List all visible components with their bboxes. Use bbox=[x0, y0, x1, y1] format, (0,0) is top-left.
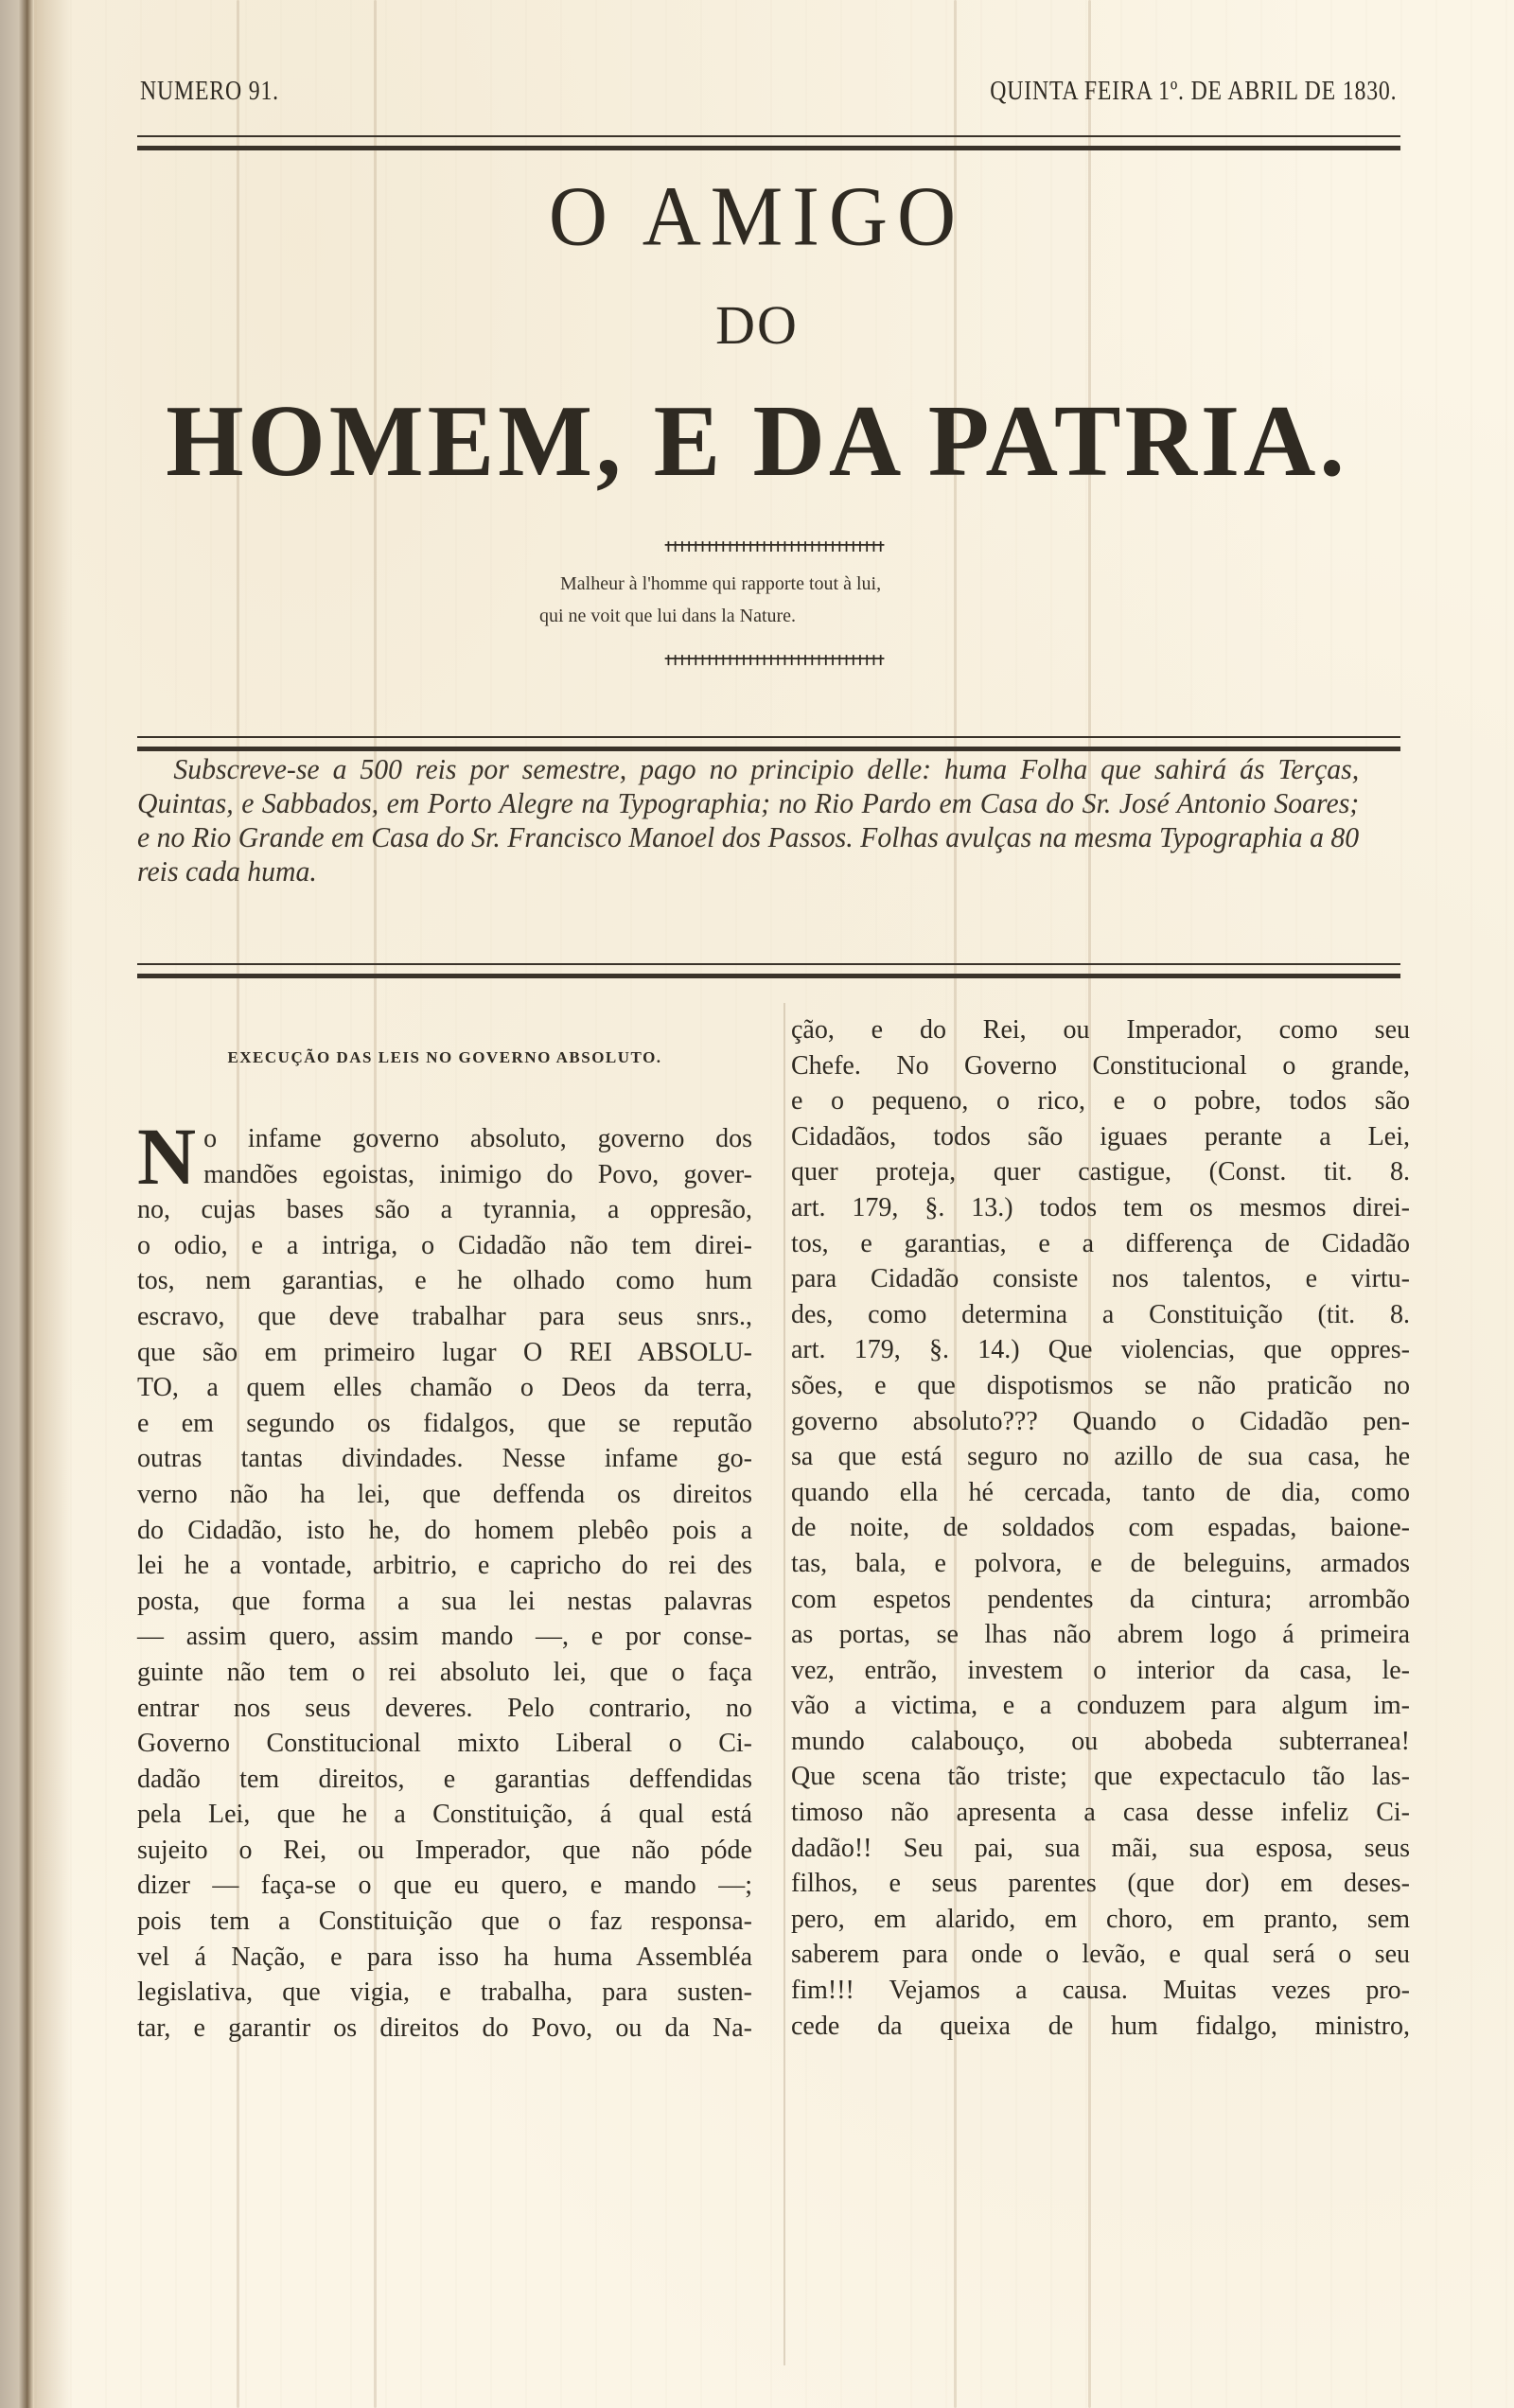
epigraph-line-2: qui ne voit que lui dans la Nature. bbox=[539, 600, 1031, 632]
text-line: verno não ha lei, que deffenda os direit… bbox=[137, 1477, 752, 1513]
text-line: o odio, e a intriga, o Cidadão não tem d… bbox=[137, 1228, 752, 1264]
masthead-rule bbox=[137, 135, 1400, 150]
section-rule-bottom bbox=[137, 963, 1400, 978]
column-divider bbox=[783, 1003, 785, 2365]
issue-number: NUMERO 91. bbox=[140, 76, 279, 107]
text-line: pero, em alarido, em choro, em pranto, s… bbox=[791, 1902, 1410, 1938]
text-line: escravo, que deve trabalhar para seus sn… bbox=[137, 1299, 752, 1335]
text-line: TO, a quem elles chamão o Deos da terra, bbox=[137, 1370, 752, 1406]
text-line: tas, bala, e polvora, e de beleguins, ar… bbox=[791, 1546, 1410, 1582]
masthead-info: NUMERO 91. QUINTA FEIRA 1º. DE ABRIL DE … bbox=[140, 76, 1172, 107]
text-line: fim!!! Vejamos a causa. Muitas vezes pro… bbox=[791, 1973, 1410, 2009]
text-line: entrar nos seus deveres. Pelo contrario,… bbox=[137, 1691, 752, 1727]
text-line: as portas, se lhas não abrem logo á prim… bbox=[791, 1617, 1410, 1653]
drop-cap: N bbox=[137, 1123, 196, 1189]
book-binding-edge bbox=[0, 0, 34, 2408]
epigraph: Malheur à l'homme qui rapporte tout à lu… bbox=[539, 568, 1031, 632]
text-line: vez, entrão, investem o interior da casa… bbox=[791, 1653, 1410, 1689]
text-line: de noite, de soldados com espadas, baion… bbox=[791, 1510, 1410, 1546]
article-headline: EXECUÇÃO DAS LEIS NO GOVERNO ABSOLUTO. bbox=[137, 1048, 752, 1067]
text-line: timoso não apresenta a casa desse infeli… bbox=[791, 1795, 1410, 1831]
text-line: governo absoluto??? Quando o Cidadão pen… bbox=[791, 1404, 1410, 1440]
text-line: tos, e garantias, e a differença de Cida… bbox=[791, 1226, 1410, 1262]
text-line: com espetos pendentes da cintura; arromb… bbox=[791, 1582, 1410, 1618]
text-line: vão a victima, e a conduzem para algum i… bbox=[791, 1688, 1410, 1724]
title-line-2: DO bbox=[0, 293, 1514, 357]
article-column-left: N o infame governo absoluto, governo dos… bbox=[137, 1121, 752, 2046]
text-line: tos, nem garantias, e he olhado como hum bbox=[137, 1263, 752, 1299]
text-line: dadão!! Seu pai, sua mãi, sua esposa, se… bbox=[791, 1831, 1410, 1867]
text-line: mundo calabouço, ou abobeda subterranea! bbox=[791, 1724, 1410, 1760]
text-line: pela Lei, que he a Constituição, á qual … bbox=[137, 1797, 752, 1833]
text-line: mandões egoistas, inimigo do Povo, gover… bbox=[137, 1157, 752, 1193]
text-line: dizer — faça-se o que eu quero, e mando … bbox=[137, 1868, 752, 1904]
text-line: tar, e garantir os direitos do Povo, ou … bbox=[137, 2011, 752, 2047]
text-line: Cidadãos, todos são iguaes perante a Lei… bbox=[791, 1119, 1410, 1155]
text-line: Que scena tão triste; que expectaculo tã… bbox=[791, 1759, 1410, 1795]
text-line: para Cidadão consiste nos talentos, e vi… bbox=[791, 1261, 1410, 1297]
text-line: quer proteja, quer castigue, (Const. tit… bbox=[791, 1154, 1410, 1190]
text-line: legislativa, que vigia, e trabalha, para… bbox=[137, 1975, 752, 2011]
text-line: art. 179, §. 13.) todos tem os mesmos di… bbox=[791, 1190, 1410, 1226]
text-line: sujeito o Rei, ou Imperador, que não pód… bbox=[137, 1833, 752, 1869]
text-line: que são em primeiro lugar O REI ABSOLU- bbox=[137, 1335, 752, 1371]
text-line: e em segundo os fidalgos, que se reputão bbox=[137, 1406, 752, 1442]
text-line: Chefe. No Governo Constitucional o grand… bbox=[791, 1048, 1410, 1084]
text-line: sa que está seguro no azillo de sua casa… bbox=[791, 1439, 1410, 1475]
text-line: e o pequeno, o rico, e o pobre, todos sã… bbox=[791, 1083, 1410, 1119]
section-rule-top bbox=[137, 736, 1400, 751]
text-line: outras tantas divindades. Nesse infame g… bbox=[137, 1441, 752, 1477]
text-line: pois tem a Constituição que o faz respon… bbox=[137, 1904, 752, 1940]
issue-date: QUINTA FEIRA 1º. DE ABRIL DE 1830. bbox=[990, 76, 1397, 107]
ornament-rule-top: ✝✝✝✝✝✝✝✝✝✝✝✝✝✝✝✝✝✝✝✝✝✝✝✝✝✝✝✝✝✝✝✝ bbox=[522, 537, 1024, 556]
text-line: quando ella hé cercada, tanto de dia, co… bbox=[791, 1475, 1410, 1511]
text-line: lei he a vontade, arbitrio, e capricho d… bbox=[137, 1548, 752, 1584]
text-line: ção, e do Rei, ou Imperador, como seu bbox=[791, 1012, 1410, 1048]
epigraph-line-1: Malheur à l'homme qui rapporte tout à lu… bbox=[539, 568, 1031, 600]
text-line: posta, que forma a sua lei nestas palavr… bbox=[137, 1584, 752, 1620]
text-line: dadão tem direitos, e garantias deffendi… bbox=[137, 1762, 752, 1798]
text-line: o infame governo absoluto, governo dos bbox=[137, 1121, 752, 1157]
ornament-rule-bottom: ✝✝✝✝✝✝✝✝✝✝✝✝✝✝✝✝✝✝✝✝✝✝✝✝✝✝✝✝✝✝✝✝ bbox=[522, 651, 1024, 670]
text-line: no, cujas bases são a tyrannia, a oppres… bbox=[137, 1192, 752, 1228]
title-line-1: O AMIGO bbox=[0, 167, 1514, 266]
text-line: art. 179, §. 14.) Que violencias, que op… bbox=[791, 1332, 1410, 1368]
binding-shadow bbox=[34, 0, 72, 2408]
text-line: vel á Nação, e para isso ha huma Assembl… bbox=[137, 1940, 752, 1976]
title-line-3: HOMEM, E DA PATRIA. bbox=[15, 383, 1499, 501]
article-column-right: ção, e do Rei, ou Imperador, como seuChe… bbox=[791, 1012, 1410, 2044]
subscription-notice: Subscreve-se a 500 reis por semestre, pa… bbox=[137, 752, 1359, 888]
text-line: saberem para onde o levão, e qual será o… bbox=[791, 1937, 1410, 1973]
text-line: filhos, e seus parentes (que dor) em des… bbox=[791, 1866, 1410, 1902]
text-line: cede da queixa de hum fidalgo, ministro, bbox=[791, 2009, 1410, 2045]
text-line: — assim quero, assim mando —, e por cons… bbox=[137, 1619, 752, 1655]
text-line: des, como determina a Constituição (tit.… bbox=[791, 1297, 1410, 1333]
text-line: Governo Constitucional mixto Liberal o C… bbox=[137, 1726, 752, 1762]
text-line: sões, e que dispotismos se não praticão … bbox=[791, 1368, 1410, 1404]
text-line: guinte não tem o rei absoluto lei, que o… bbox=[137, 1655, 752, 1691]
text-line: do Cidadão, isto he, do homem plebêo poi… bbox=[137, 1513, 752, 1549]
